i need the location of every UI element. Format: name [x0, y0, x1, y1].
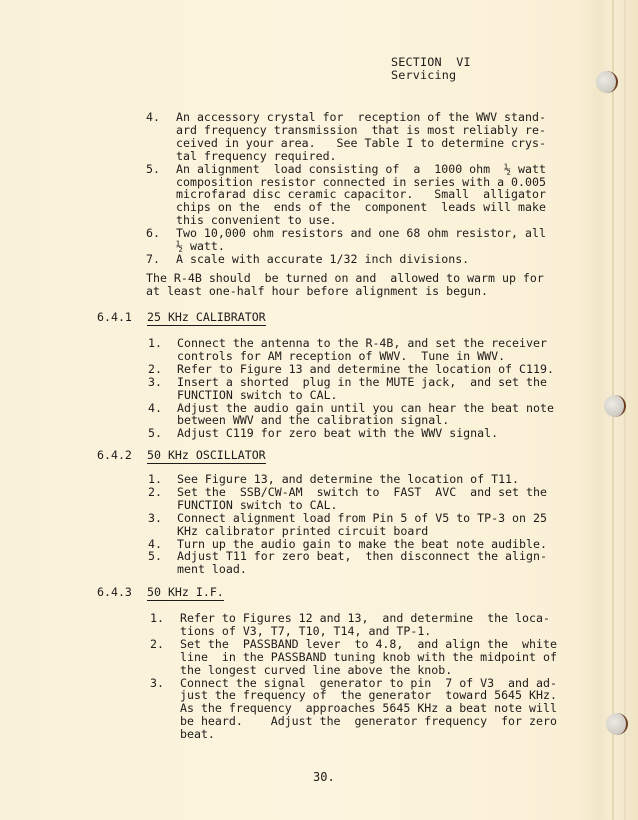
list-item-number: 4. [146, 111, 160, 124]
list-item-number: 1. [148, 337, 162, 350]
list-item-text: line in the PASSBAND tuning knob with th… [180, 651, 557, 664]
list-item-number: 6. [146, 227, 160, 240]
list-item-number: 2. [150, 638, 164, 651]
list-item-number: 2. [148, 486, 162, 499]
list-item-text: Connect alignment load from Pin 5 of V5 … [177, 512, 547, 525]
list-item-number: 1. [150, 612, 164, 625]
list-item-text: ard frequency transmission that is most … [176, 124, 546, 137]
list-item-number: 2. [148, 363, 162, 376]
list-item-number: 3. [150, 677, 164, 690]
section-subtitle: Servicing [391, 69, 456, 82]
list-item-text: Set the PASSBAND lever to 4.8, and align… [180, 638, 557, 651]
list-item-text: Set the SSB/CW-AM switch to FAST AVC and… [177, 486, 547, 499]
section-title: 50 KHz I.F. [147, 586, 224, 601]
document-page: SECTION VI Servicing 4.An accessory crys… [0, 0, 638, 820]
list-item-text: controls for AM reception of WWV. Tune i… [177, 350, 505, 363]
list-item-text: KHz calibrator printed circuit board [177, 525, 428, 538]
list-item-text: ceived in your area. See Table I to dete… [176, 137, 546, 150]
list-item-number: 3. [148, 512, 162, 525]
list-item-text: A scale with accurate 1/32 inch division… [176, 253, 469, 266]
section-number: 6.4.1 [97, 311, 132, 324]
list-item-text: ment load. [177, 563, 247, 576]
list-item-number: 7. [146, 253, 160, 266]
list-item-text: FUNCTION switch to CAL. [177, 499, 338, 512]
list-item-number: 5. [146, 163, 160, 176]
list-item-number: 4. [148, 402, 162, 415]
list-item-text: Two 10,000 ohm resistors and one 68 ohm … [176, 227, 546, 240]
list-item-text: An alignment load consisting of a 1000 o… [176, 163, 546, 176]
binder-hole-icon [606, 713, 628, 735]
section-title: 50 KHz OSCILLATOR [147, 449, 266, 464]
list-item-text: the longest curved line above the knob. [180, 664, 452, 677]
list-item-text: Insert a shorted plug in the MUTE jack, … [177, 376, 547, 389]
page-number: 30. [313, 770, 335, 784]
list-item-text: FUNCTION switch to CAL. [177, 389, 338, 402]
section-number: 6.4.3 [97, 586, 132, 599]
list-item-text: beat. [180, 728, 215, 741]
binder-hole-icon [604, 395, 626, 417]
list-item-text: Adjust C119 for zero beat with the WWV s… [177, 427, 498, 440]
list-item-number: 5. [148, 550, 162, 563]
paragraph-text: at least one-half hour before alignment … [146, 285, 488, 298]
list-item-text: tions of V3, T7, T10, T14, and TP-1. [180, 625, 431, 638]
list-item-text: Refer to Figure 13 and determine the loc… [177, 363, 554, 376]
section-title: 25 KHz CALIBRATOR [147, 311, 266, 326]
list-item-number: 3. [148, 376, 162, 389]
list-item-text: tal frequency required. [176, 150, 337, 163]
list-item-number: 5. [148, 427, 162, 440]
section-number: 6.4.2 [97, 449, 132, 462]
binder-hole-icon [596, 71, 618, 93]
list-item-text: be heard. Adjust the generator frequency… [180, 715, 557, 728]
